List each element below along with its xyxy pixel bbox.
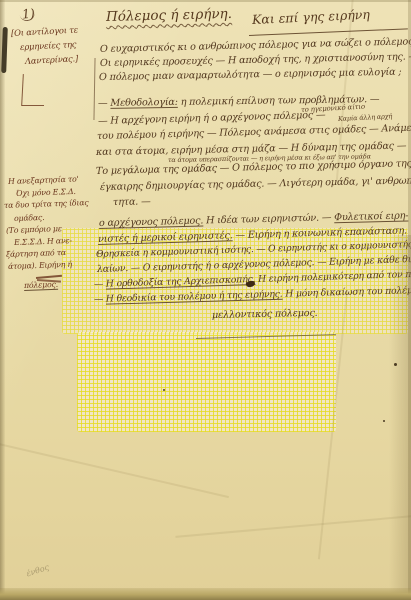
margin-bracket-stroke — [21, 74, 24, 106]
margin-note-line: [Οι αντίλογοι τε — [11, 24, 78, 37]
body-margin-stroke — [93, 58, 95, 120]
margin-note-line: Η ανεξαρτησία το' — [8, 175, 79, 186]
archive-pencil-mark: ένθος — [25, 563, 50, 579]
paper-crease — [175, 514, 411, 537]
paper-crease — [0, 440, 229, 498]
title-underline-stroke — [249, 28, 408, 36]
title-peace-on-earth: Και επί γης ειρήνη — [252, 7, 370, 27]
manuscript-page: 1) Πόλεμος ή ειρήνη. Και επί γης ειρήνη … — [0, 0, 411, 600]
scribble-strike — [36, 275, 62, 279]
margin-note-line: Όχι μόνο Ε.Σ.Δ. — [16, 187, 76, 198]
margin-note-line: τα δυο τρίτα της ίδιας — [4, 198, 89, 210]
main-text-line: Οι ειρηνικές προσευχές — Η αποδοχή της, … — [100, 51, 411, 69]
page-edge-bottom — [0, 588, 411, 600]
margin-bracket-stroke — [22, 105, 44, 106]
margin-note-line: ομάδας. — [14, 213, 45, 223]
main-text-line: — Η αρχέγονη ειρήνη ή ο αρχέγονος πόλεμο… — [98, 110, 326, 127]
page-edge-top — [0, 0, 411, 2]
margin-note-line: ερμηνείες της — [20, 39, 77, 52]
ink-speck — [163, 389, 165, 391]
page-edge-mark — [1, 27, 8, 73]
title-war-or-peace: Πόλεμος ή ειρήνη. — [106, 6, 232, 25]
margin-note-line: (Το εμπόριο με — [6, 224, 62, 235]
main-text-line: έγκαιρης δημιουργίας της ομάδας. — Λιγότ… — [100, 175, 411, 193]
graph-paper-patch-lower — [77, 332, 336, 432]
main-text-line: Ο πόλεμος μιαν αναμαρτωλότητα — ο ειρηνι… — [99, 67, 402, 83]
page-edge-left — [0, 0, 5, 600]
margin-note-line: ξάρτηση από τα — [6, 248, 66, 259]
main-text-line: μελλοντικός πόλεμος. — [212, 308, 318, 321]
main-text-line: τητα. — — [113, 196, 151, 208]
margin-note-line: Λαντερίνας.] — [25, 53, 79, 66]
interlinear-note: Καμία άλλη αρχή — [338, 112, 392, 123]
ink-speck — [383, 420, 385, 422]
